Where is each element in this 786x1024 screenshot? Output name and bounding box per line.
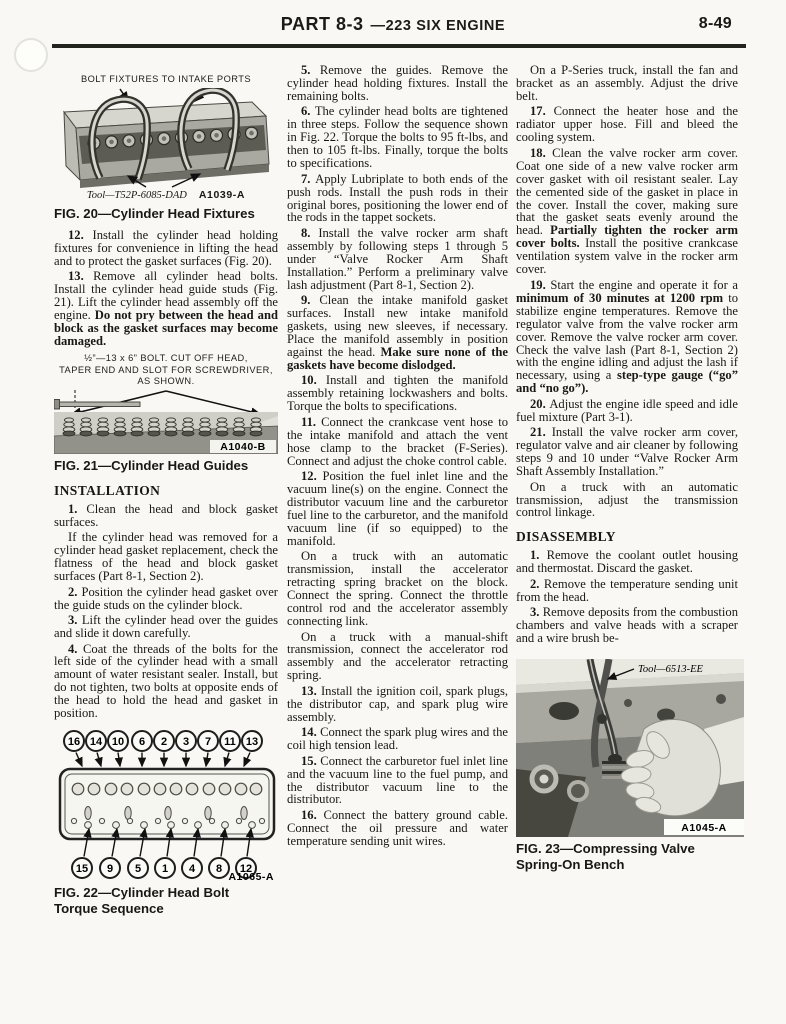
paragraph-disassembly-2: 2. Remove the temperature sending unit f… bbox=[516, 578, 738, 604]
paragraph-install-1: 1. Clean the head and block gasket surfa… bbox=[54, 503, 278, 529]
svg-text:3: 3 bbox=[183, 736, 189, 748]
svg-text:5: 5 bbox=[135, 863, 141, 875]
svg-text:13: 13 bbox=[246, 736, 258, 748]
paragraph-step-12: 12. Install the cylinder head holding fi… bbox=[54, 229, 278, 268]
fig20-tool-label: Tool—T52P-6085-DAD bbox=[87, 190, 187, 201]
header-engine-name: —223 SIX ENGINE bbox=[370, 18, 505, 34]
paragraph-step-15: 15. Connect the carburetor fuel inlet li… bbox=[287, 755, 508, 807]
svg-text:2: 2 bbox=[161, 736, 167, 748]
column-right: On a P-Series truck, install the fan and… bbox=[516, 64, 738, 879]
paragraph-install-1-note: If the cylinder head was removed for a c… bbox=[54, 531, 278, 583]
fig23-photo-id: A1045-A bbox=[681, 822, 727, 834]
paragraph-step-6: 6. The cylinder head bolts are tightened… bbox=[287, 105, 508, 170]
paragraph-auto-linkage: On a truck with an automatic transmissio… bbox=[516, 481, 738, 520]
paragraph-step-16: 16. Connect the battery ground cable. Co… bbox=[287, 809, 508, 848]
paragraph-step-5: 5. Remove the guides. Remove the cylinde… bbox=[287, 64, 508, 103]
header-rule bbox=[52, 44, 746, 48]
figure-20: BOLT FIXTURES TO INTAKE PORTS bbox=[54, 74, 278, 222]
paragraph-step-9: 9. Clean the intake manifold gasket surf… bbox=[287, 294, 508, 372]
manual-page: PART 8-3—223 SIX ENGINE 8-49 BOLT FIXTUR… bbox=[0, 0, 786, 1024]
paragraph-step-13-mid: 13. Install the ignition coil, spark plu… bbox=[287, 685, 508, 724]
fig20-photo-id: A1039-A bbox=[199, 189, 245, 201]
paragraph-step-12-mid: 12. Position the fuel inlet line and the… bbox=[287, 470, 508, 548]
paragraph-step-19: 19. Start the engine and operate it for … bbox=[516, 279, 738, 396]
column-left: BOLT FIXTURES TO INTAKE PORTS bbox=[54, 60, 278, 923]
paragraph-step-7: 7. Apply Lubriplate to both ends of the … bbox=[287, 173, 508, 225]
paragraph-step-11: 11. Connect the crankcase vent hose to t… bbox=[287, 416, 508, 468]
fig22-top-number-circles: 16 14 10 6 2 3 7 11 13 bbox=[64, 731, 262, 766]
fig21-annotation: ½”—13 x 6” BOLT. CUT OFF HEAD, TAPER END… bbox=[54, 353, 278, 388]
svg-text:9: 9 bbox=[107, 863, 113, 875]
fig21-photo-id: A1040-B bbox=[220, 441, 266, 453]
fig22-photo-id: A1065-A bbox=[228, 871, 274, 881]
figure-22: 16 14 10 6 2 3 7 11 13 bbox=[54, 729, 278, 916]
paragraph-step-10: 10. Install and tighten the manifold ass… bbox=[287, 374, 508, 413]
fig23-photo-compressing-valve-spring: Tool—6513-EE A1045-A bbox=[516, 659, 744, 837]
page-number: 8-49 bbox=[699, 15, 732, 33]
svg-text:10: 10 bbox=[112, 736, 124, 748]
fig22-torque-sequence-diagram: 16 14 10 6 2 3 7 11 13 bbox=[54, 729, 282, 881]
paragraph-step-8: 8. Install the valve rocker arm shaft as… bbox=[287, 227, 508, 292]
figure-21: ½”—13 x 6” BOLT. CUT OFF HEAD, TAPER END… bbox=[54, 353, 278, 473]
fig23-caption: FIG. 23—Compressing Valve Spring-On Benc… bbox=[516, 841, 738, 872]
svg-text:14: 14 bbox=[90, 736, 103, 748]
paragraph-disassembly-1: 1. Remove the coolant outlet housing and… bbox=[516, 549, 738, 575]
section-heading-installation: INSTALLATION bbox=[54, 485, 278, 498]
paragraph-disassembly-3: 3. Remove deposits from the combustion c… bbox=[516, 606, 738, 645]
svg-text:1: 1 bbox=[162, 863, 168, 875]
figure-23: Tool—6513-EE A1045-A FIG. 23—Compressing… bbox=[516, 659, 738, 872]
section-heading-disassembly: DISASSEMBLY bbox=[516, 531, 738, 544]
punch-hole-mark bbox=[14, 38, 48, 72]
paragraph-pseries: On a P-Series truck, install the fan and… bbox=[516, 64, 738, 103]
fig23-tool-label: Tool—6513-EE bbox=[638, 664, 704, 675]
paragraph-install-3: 3. Lift the cylinder head over the guide… bbox=[54, 614, 278, 640]
fig20-tool-row: Tool—T52P-6085-DADA1039-A bbox=[54, 189, 278, 203]
column-middle: 5. Remove the guides. Remove the cylinde… bbox=[287, 64, 508, 850]
paragraph-step-21: 21. Install the valve rocker arm cover, … bbox=[516, 426, 738, 478]
paragraph-install-4: 4. Coat the threads of the bolts for the… bbox=[54, 643, 278, 721]
svg-text:16: 16 bbox=[68, 736, 80, 748]
fig20-caption: FIG. 20—Cylinder Head Fixtures bbox=[54, 206, 278, 222]
svg-text:4: 4 bbox=[189, 863, 196, 875]
paragraph-step-13: 13. Remove all cylinder head bolts. Inst… bbox=[54, 270, 278, 348]
svg-text:6: 6 bbox=[139, 736, 145, 748]
paragraph-step-14: 14. Connect the spark plug wires and the… bbox=[287, 726, 508, 752]
paragraph-automatic-transmission: On a truck with an automatic transmissio… bbox=[287, 550, 508, 628]
paragraph-manual-shift: On a truck with a manual-shift transmiss… bbox=[287, 631, 508, 683]
svg-text:15: 15 bbox=[76, 863, 88, 875]
paragraph-step-20: 20. Adjust the engine idle speed and idl… bbox=[516, 398, 738, 424]
fig20-photo-cylinder-head-fixtures bbox=[54, 88, 278, 188]
paragraph-step-18: 18. Clean the valve rocker arm cover. Co… bbox=[516, 147, 738, 277]
svg-text:7: 7 bbox=[205, 736, 211, 748]
fig21-guide-bolt bbox=[56, 402, 140, 407]
page-header: PART 8-3—223 SIX ENGINE bbox=[0, 14, 786, 35]
fig22-caption: FIG. 22—Cylinder Head Bolt Torque Sequen… bbox=[54, 885, 278, 916]
paragraph-install-2: 2. Position the cylinder head gasket ove… bbox=[54, 586, 278, 612]
fig21-photo-cylinder-head-guides: A1040-B bbox=[54, 390, 278, 454]
header-part-number: PART 8-3 bbox=[281, 14, 364, 34]
fig20-top-label: BOLT FIXTURES TO INTAKE PORTS bbox=[54, 74, 278, 86]
svg-text:11: 11 bbox=[224, 736, 236, 748]
paragraph-step-17: 17. Connect the heater hose and the radi… bbox=[516, 105, 738, 144]
fig21-caption: FIG. 21—Cylinder Head Guides bbox=[54, 458, 278, 474]
svg-text:8: 8 bbox=[216, 863, 222, 875]
fig22-head-outline bbox=[60, 769, 274, 839]
